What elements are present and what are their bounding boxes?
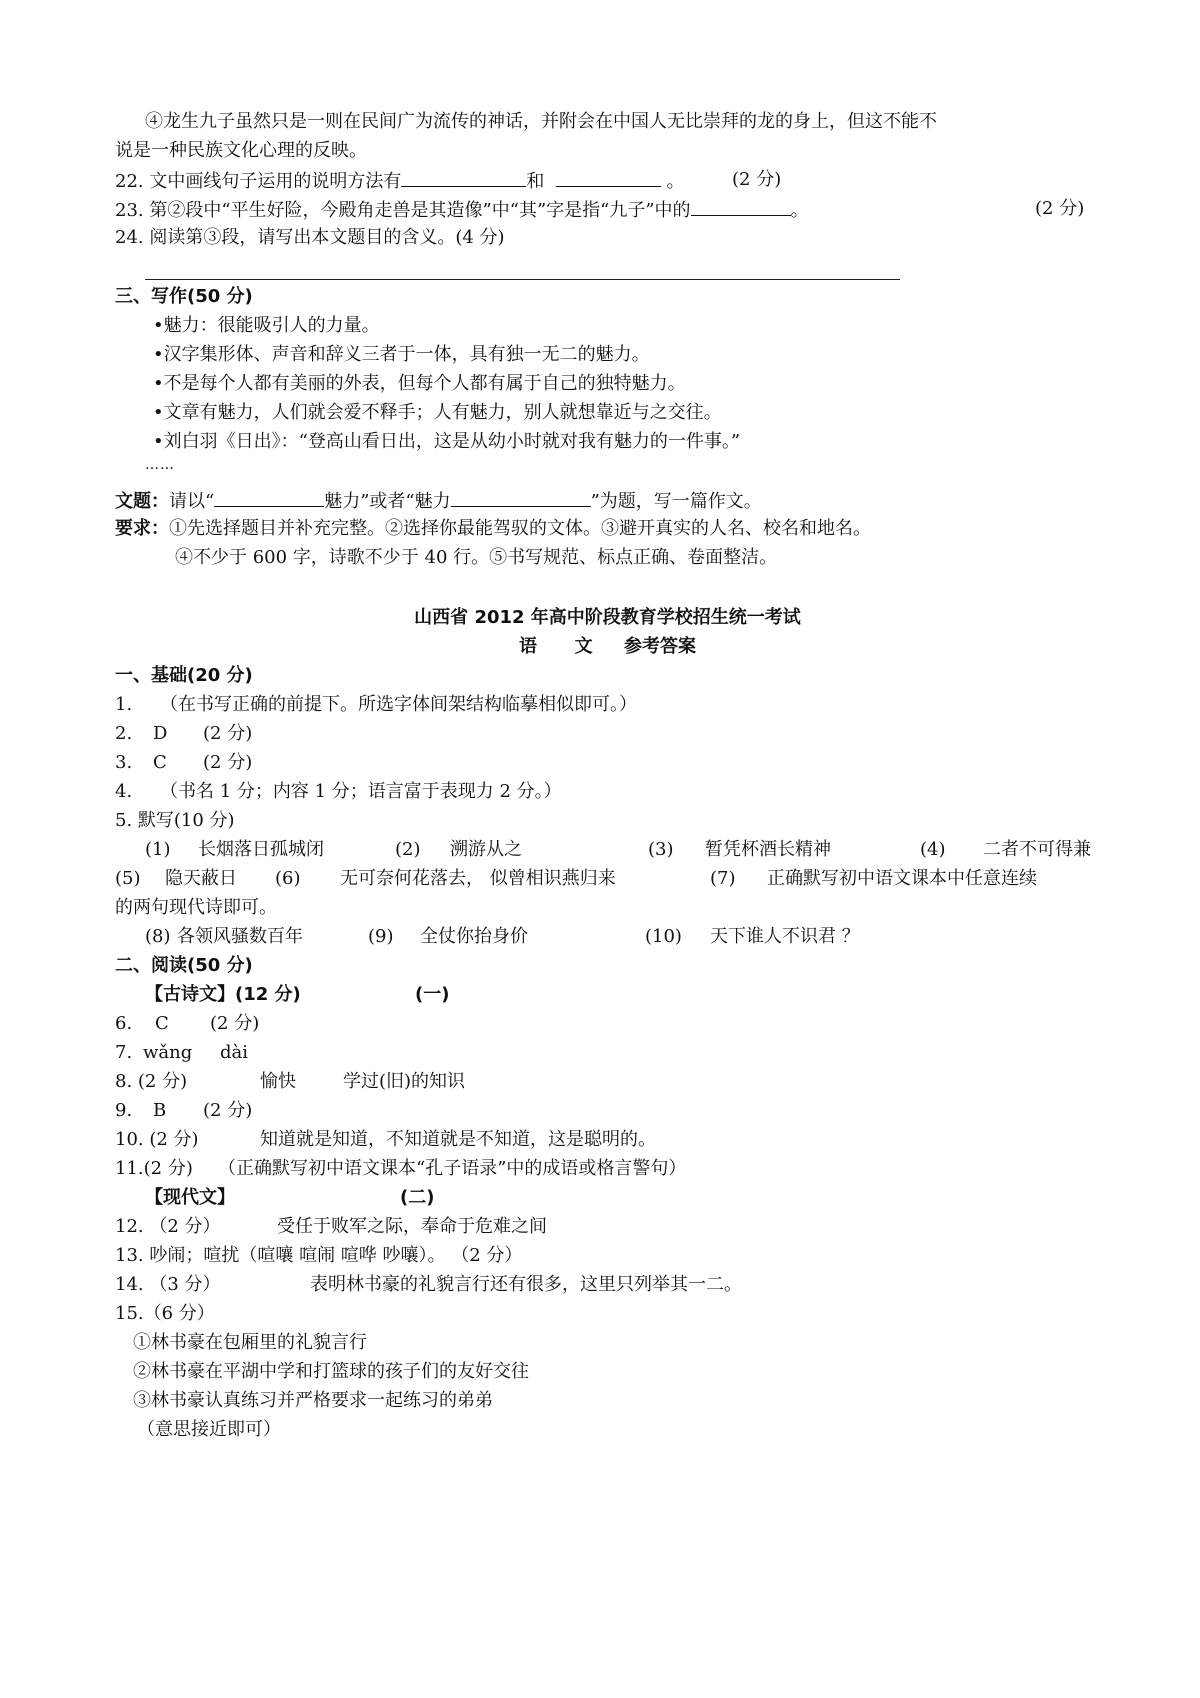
dictation-6-answer: 无可奈何花落去， 似曾相识燕归来 bbox=[340, 867, 616, 891]
dictation-2-answer: 溯游从之 bbox=[450, 838, 522, 862]
question-23-text: 23. 第②段中“平生好险，今殿角走兽是其造像”中“其”字是指“九子”中的 bbox=[115, 200, 691, 221]
essay-requirements-text-1: ①先选择题目并补充完整。②选择你最能驾驭的文体。③避开真实的人名、校名和地名。 bbox=[169, 518, 871, 539]
question-22: 22. 文中画线句子运用的说明方法有和 。 bbox=[115, 168, 685, 192]
essay-requirements-line-2: ④不少于 600 字，诗歌不少于 40 行。⑤书写规范、标点正确、卷面整洁。 bbox=[175, 546, 777, 570]
dictation-7-answer: 正确默写初中语文课本中任意连续 bbox=[767, 867, 1037, 891]
answer-4-text: （书名 1 分；内容 1 分；语言富于表现力 2 分。） bbox=[160, 780, 562, 804]
answer-8-num: 8. (2 分) bbox=[115, 1071, 187, 1092]
modern-part-number: (二) bbox=[400, 1186, 434, 1210]
dictation-5-num: (5) bbox=[115, 867, 141, 891]
dictation-9-answer: 全仗你抬身价 bbox=[420, 925, 528, 949]
dictation-8-num: (8) bbox=[145, 925, 171, 949]
question-22-period: 。 bbox=[667, 171, 685, 192]
answer-4: 4. （书名 1 分；内容 1 分；语言富于表现力 2 分。） bbox=[115, 780, 132, 804]
answer-blank-23[interactable] bbox=[691, 197, 791, 216]
dictation-1-answer: 长烟落日孤城闭 bbox=[198, 838, 324, 862]
subtitle-wen: 文 bbox=[575, 636, 593, 657]
essay-title-blank-2[interactable] bbox=[451, 488, 591, 507]
answer-11-num: 11.(2 分) bbox=[115, 1158, 193, 1179]
answer-8: 8. (2 分) 愉快 学过(旧)的知识 bbox=[115, 1070, 187, 1094]
writing-ellipsis: …… bbox=[145, 453, 175, 477]
answer-12-num: 12. （2 分） bbox=[115, 1216, 221, 1237]
question-24: 24. 阅读第③段，请写出本文题目的含义。(4 分) bbox=[115, 226, 505, 250]
answer-3-num: 3. bbox=[115, 752, 132, 773]
answer-10-value: 知道就是知道，不知道就是不知道，这是聪明的。 bbox=[260, 1128, 656, 1152]
dictation-9-num: (9) bbox=[368, 925, 394, 949]
dictation-6-num: (6) bbox=[275, 867, 301, 891]
question-23-period: 。 bbox=[791, 200, 809, 221]
answer-7-pinyin-1: wǎng bbox=[143, 1041, 192, 1065]
answer-14: 14. （3 分） 表明林书豪的礼貌言行还有很多，这里只列举其一二。 bbox=[115, 1273, 221, 1297]
dictation-3-answer: 暂凭杯酒长精神 bbox=[705, 838, 831, 862]
answer-2-num: 2. bbox=[115, 723, 132, 744]
classical-part-number: (一) bbox=[415, 983, 449, 1007]
dictation-4-num: (4) bbox=[920, 838, 946, 862]
question-22-text: 22. 文中画线句子运用的说明方法有 bbox=[115, 171, 401, 192]
answer-15-note: （意思接近即可） bbox=[137, 1418, 281, 1442]
subtitle-yu: 语 bbox=[519, 636, 537, 657]
essay-requirements-label: 要求： bbox=[115, 518, 169, 539]
answer-10: 10. (2 分) 知道就是知道，不知道就是不知道，这是聪明的。 bbox=[115, 1128, 199, 1152]
answer-2-value: D bbox=[153, 722, 167, 746]
dictation-3-num: (3) bbox=[648, 838, 674, 862]
dictation-8-answer: 各领风骚数百年 bbox=[177, 925, 303, 949]
subtitle-reference-answers: 参考答案 bbox=[624, 636, 696, 657]
answer-15-point-3: ③林书豪认真练习并严格要求一起练习的弟弟 bbox=[133, 1389, 493, 1413]
section-1-header: 一、基础(20 分) bbox=[115, 664, 253, 688]
dictation-5-answer: 隐天蔽日 bbox=[165, 867, 237, 891]
essay-title-text-c: ”为题，写一篇作文。 bbox=[591, 491, 762, 512]
answer-12: 12. （2 分） 受任于败军之际，奉命于危难之间 bbox=[115, 1215, 221, 1239]
answer-14-num: 14. （3 分） bbox=[115, 1274, 221, 1295]
dictation-10-num: (10) bbox=[645, 925, 682, 949]
essay-title-text-b: 魅力”或者“魅力 bbox=[324, 491, 450, 512]
answer-11-value: （正确默写初中语文课本“孔子语录”中的成语或格言警句） bbox=[218, 1157, 686, 1181]
dictation-10-answer: 天下谁人不识君 ？ bbox=[710, 925, 860, 949]
answer-9-score: (2 分) bbox=[203, 1099, 252, 1123]
answer-2-score: (2 分) bbox=[203, 722, 252, 746]
dictation-row-1: (1) 长烟落日孤城闭 (2) 溯游从之 (3) 暂凭杯酒长精神 (4) 二者不… bbox=[115, 838, 1100, 862]
answer-7: 7. wǎng dài bbox=[115, 1041, 132, 1065]
section-2-header: 二、阅读(50 分) bbox=[115, 954, 253, 978]
writing-section-header: 三、写作(50 分) bbox=[115, 285, 253, 309]
answer-1: 1. （在书写正确的前提下。所选字体间架结构临摹相似即可。） bbox=[115, 693, 132, 717]
dictation-7-continuation: 的两句现代诗即可。 bbox=[115, 896, 277, 920]
answer-3-score: (2 分) bbox=[203, 751, 252, 775]
question-23-score: (2 分) bbox=[1035, 197, 1084, 221]
dictation-2-num: (2) bbox=[395, 838, 421, 862]
answer-15-header: 15.（6 分） bbox=[115, 1302, 215, 1326]
dictation-row-3: (8) 各领风骚数百年 (9) 全仗你抬身价 (10) 天下谁人不识君 ？ bbox=[115, 925, 1100, 949]
essay-title-label: 文题： bbox=[115, 491, 169, 512]
answer-4-num: 4. bbox=[115, 781, 132, 802]
writing-bullet-3: •不是每个人都有美丽的外表，但每个人都有属于自己的独特魅力。 bbox=[153, 372, 686, 396]
answer-10-num: 10. (2 分) bbox=[115, 1129, 199, 1150]
answer-14-value: 表明林书豪的礼貌言行还有很多，这里只列举其一二。 bbox=[310, 1273, 742, 1297]
answer-6-score: (2 分) bbox=[210, 1012, 259, 1036]
answer-6-num: 6. bbox=[115, 1013, 132, 1034]
answer-13: 13. 吵闹；喧扰（喧嚷 喧闹 喧哗 吵嚷）。 （2 分） bbox=[115, 1244, 522, 1268]
essay-title-prompt: 文题：请以“魅力”或者“魅力”为题，写一篇作文。 bbox=[115, 488, 762, 512]
answer-1-num: 1. bbox=[115, 694, 132, 715]
modern-part-label: 【现代文】 bbox=[145, 1186, 235, 1210]
answer-6-value: C bbox=[155, 1012, 169, 1036]
answer-15-point-2: ②林书豪在平湖中学和打篮球的孩子们的友好交往 bbox=[133, 1360, 529, 1384]
answer-12-value: 受任于败军之际，奉命于危难之间 bbox=[277, 1215, 547, 1239]
question-22-and: 和 bbox=[526, 171, 544, 192]
paragraph-4-line-2: 说是一种民族文化心理的反映。 bbox=[115, 139, 367, 163]
answer-3: 3. C (2 分) bbox=[115, 751, 132, 775]
writing-bullet-4: •文章有魅力，人们就会爱不释手；人有魅力，别人就想靠近与之交往。 bbox=[153, 401, 722, 425]
question-23: 23. 第②段中“平生好险，今殿角走兽是其造像”中“其”字是指“九子”中的。 bbox=[115, 197, 809, 221]
dictation-4-answer: 二者不可得兼 bbox=[983, 838, 1091, 862]
answer-7-num: 7. bbox=[115, 1042, 132, 1063]
answer-key-title: 山西省 2012 年高中阶段教育学校招生统一考试 bbox=[115, 606, 1100, 630]
answer-blank-22b[interactable] bbox=[556, 168, 661, 187]
classical-part-label: 【古诗文】(12 分) bbox=[145, 983, 301, 1007]
answer-1-text: （在书写正确的前提下。所选字体间架结构临摹相似即可。） bbox=[160, 693, 637, 717]
paragraph-4-line-1: ④龙生九子虽然只是一则在民间广为流传的神话，并附会在中国人无比崇拜的龙的身上，但… bbox=[145, 110, 937, 134]
answer-9-num: 9. bbox=[115, 1100, 132, 1121]
essay-requirements-line-1: 要求：①先选择题目并补充完整。②选择你最能驾驭的文体。③避开真实的人名、校名和地… bbox=[115, 517, 871, 541]
answer-15-point-1: ①林书豪在包厢里的礼貌言行 bbox=[133, 1331, 367, 1355]
writing-bullet-2: •汉字集形体、声音和辞义三者于一体，具有独一无二的魅力。 bbox=[153, 343, 650, 367]
answer-key-subtitle: 语 文 参考答案 bbox=[115, 635, 1100, 659]
answer-7-pinyin-2: dài bbox=[220, 1041, 248, 1065]
question-22-score: (2 分) bbox=[732, 168, 781, 192]
answer-3-value: C bbox=[153, 751, 167, 775]
answer-9-value: B bbox=[153, 1099, 166, 1123]
essay-title-text-a: 请以“ bbox=[169, 491, 214, 512]
essay-title-blank-1[interactable] bbox=[214, 488, 324, 507]
dictation-7-num: (7) bbox=[710, 867, 736, 891]
writing-bullet-1: •魅力：很能吸引人的力量。 bbox=[153, 314, 380, 338]
answer-5-header: 5. 默写(10 分) bbox=[115, 809, 235, 833]
answer-blank-22a[interactable] bbox=[401, 168, 526, 187]
answer-9: 9. B (2 分) bbox=[115, 1099, 132, 1123]
answer-8-value-1: 愉快 bbox=[260, 1070, 296, 1094]
answer-line-24[interactable] bbox=[145, 279, 900, 280]
dictation-row-2: (5) 隐天蔽日 (6) 无可奈何花落去， 似曾相识燕归来 (7) 正确默写初中… bbox=[115, 867, 1100, 891]
dictation-1-num: (1) bbox=[145, 838, 171, 862]
answer-8-value-2: 学过(旧)的知识 bbox=[343, 1070, 465, 1094]
answer-6: 6. C (2 分) bbox=[115, 1012, 132, 1036]
writing-bullet-5: •刘白羽《日出》：“登高山看日出，这是从幼小时就对我有魅力的一件事。” bbox=[153, 430, 740, 454]
answer-2: 2. D (2 分) bbox=[115, 722, 132, 746]
answer-11: 11.(2 分) （正确默写初中语文课本“孔子语录”中的成语或格言警句） bbox=[115, 1157, 193, 1181]
